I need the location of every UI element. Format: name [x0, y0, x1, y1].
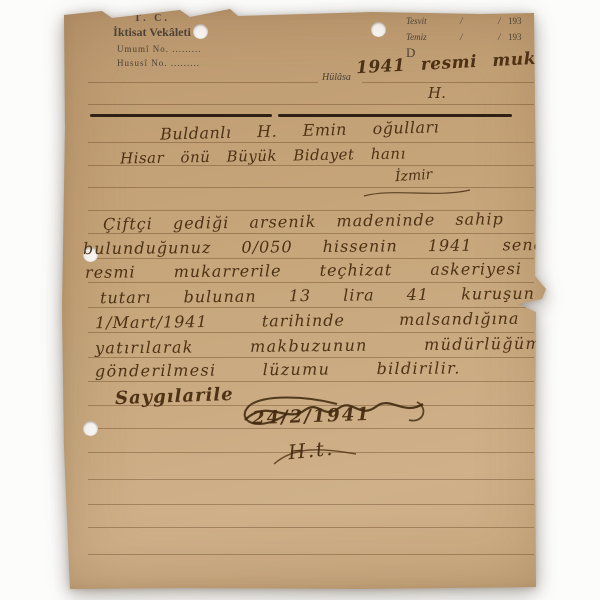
separator-line: [278, 114, 512, 117]
draft-year: 193: [508, 16, 522, 26]
hususi-no-field: Hususî No. .........: [117, 58, 200, 68]
ruled-line: [88, 332, 534, 333]
clean-slash-2: /: [498, 32, 501, 42]
draft-slash-2: /: [498, 16, 501, 26]
summary-note-handwriting: H.: [428, 84, 446, 102]
body-line-2: bulunduğunuz 0/050 hissenin 1941 senesi: [83, 235, 560, 258]
clean-year: 193: [508, 32, 522, 42]
draft-date-row: Tesvit / / 193: [406, 16, 534, 28]
ruled-line: [88, 357, 534, 358]
city-flourish: [362, 186, 472, 200]
ruled-line: [88, 307, 534, 308]
body-line-7: gönderilmesi lüzumu bildirilir.: [95, 358, 461, 380]
clean-slash-1: /: [460, 32, 463, 42]
addressee-city: İzmir: [394, 167, 432, 186]
ruled-line: [88, 504, 534, 505]
ruled-line: [88, 381, 534, 382]
body-line-4: tutarı bulunan 13 lira 41 kuruşun: [100, 284, 535, 308]
summary-handwriting: 1941 resmi mukarreri: [356, 46, 595, 78]
draft-slash-1: /: [460, 16, 463, 26]
scan-background: T. C. İktisat Vekâleti Umumî No. .......…: [0, 0, 600, 600]
initials-flourish: [270, 444, 360, 470]
ministry-name: İktisat Vekâleti: [92, 25, 212, 40]
addressee-name: Buldanlı H. Emin oğulları: [160, 117, 440, 143]
paper-sheet: T. C. İktisat Vekâleti Umumî No. .......…: [62, 8, 548, 589]
body-line-5: 1/Mart/1941 tarihinde malsandığına: [95, 309, 520, 332]
draft-label: Tesvit: [406, 16, 427, 26]
clean-label: Temiz: [406, 32, 427, 42]
punch-hole: [371, 22, 386, 37]
summary-label: Hülâsa: [322, 72, 351, 83]
ruled-line: [88, 479, 534, 480]
ruled-line: [362, 82, 534, 83]
ruled-line: [88, 554, 534, 555]
separator-line: [90, 114, 272, 117]
ruled-line: [88, 282, 534, 283]
ruled-line: [88, 82, 318, 83]
state-abbreviation: T. C.: [92, 13, 212, 24]
body-line-6: yatırılarak makbuzunun müdürlüğümüze: [95, 333, 574, 357]
ruled-line: [88, 233, 534, 234]
ruled-line: [88, 527, 534, 528]
body-line-1: Çiftçi gediği arsenik madeninde sahip: [103, 209, 504, 234]
punch-hole: [83, 421, 98, 436]
clean-date-row: Temiz / / 193: [406, 32, 534, 44]
body-line-3: resmi mukarrerile teçhizat askeriyesi: [85, 259, 522, 282]
ruled-line: [88, 104, 534, 105]
closing-salutation: Saygılarile: [115, 384, 234, 409]
document-paper: T. C. İktisat Vekâleti Umumî No. .......…: [62, 8, 548, 589]
umumi-no-field: Umumî No. .........: [117, 44, 202, 54]
date-handwriting: 24/2/1941: [252, 404, 371, 429]
ruled-line: [88, 142, 534, 143]
